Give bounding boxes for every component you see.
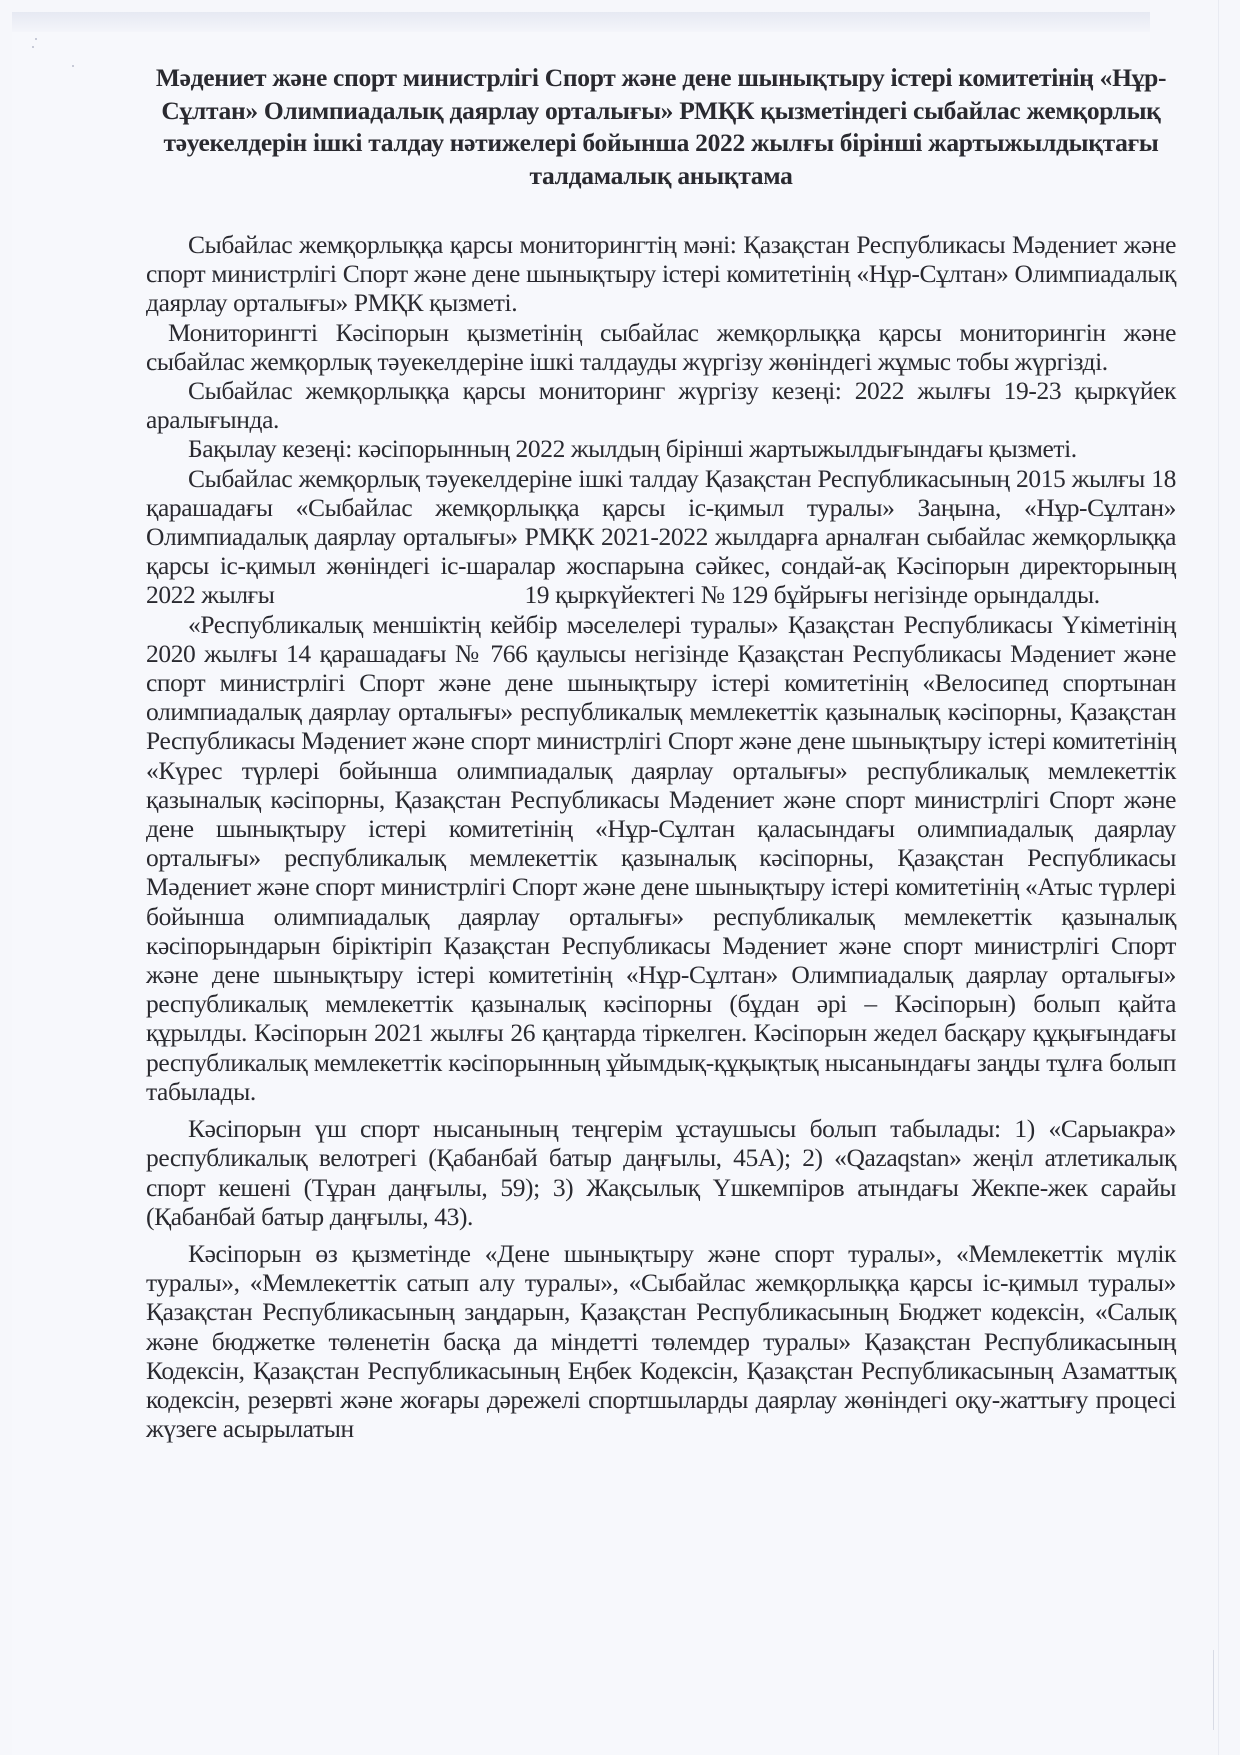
paragraph-working-group: Мониторингті Кәсіпорын қызметінің сыбайл… xyxy=(146,318,1176,376)
order-reference: 19 қыркүйектегі № 129 бұйрығы негізінде … xyxy=(524,580,1099,609)
scan-speck xyxy=(72,65,74,67)
paragraph-monitoring-period: Сыбайлас жемқорлыққа қарсы мониторинг жү… xyxy=(146,376,1176,434)
scan-speck xyxy=(32,46,34,48)
paragraph-regulatory-framework: Кәсіпорын өз қызметінде «Дене шынықтыру … xyxy=(146,1239,1176,1443)
scan-edge-shadow xyxy=(12,12,1150,32)
paragraph-sport-facilities: Кәсіпорын үш спорт нысанының теңгерім ұс… xyxy=(146,1114,1176,1231)
scan-speck xyxy=(35,38,37,40)
paragraph-control-period: Бақылау кезеңі: кәсіпорынның 2022 жылдың… xyxy=(146,434,1176,463)
page-edge-line xyxy=(1218,0,1219,1755)
paragraph-reorganization: «Республикалық меншіктің кейбір мәселеле… xyxy=(146,610,1176,1106)
paragraph-legal-basis: Сыбайлас жемқорлық тәуекелдеріне ішкі та… xyxy=(146,464,1176,610)
paragraph-monitoring-subject: Сыбайлас жемқорлыққа қарсы мониторингтің… xyxy=(146,230,1176,318)
page-edge-mark xyxy=(1213,1650,1214,1730)
document-body: Мәдениет және спорт министрлігі Спорт жә… xyxy=(146,62,1176,1443)
document-title: Мәдениет және спорт министрлігі Спорт жә… xyxy=(146,62,1176,192)
